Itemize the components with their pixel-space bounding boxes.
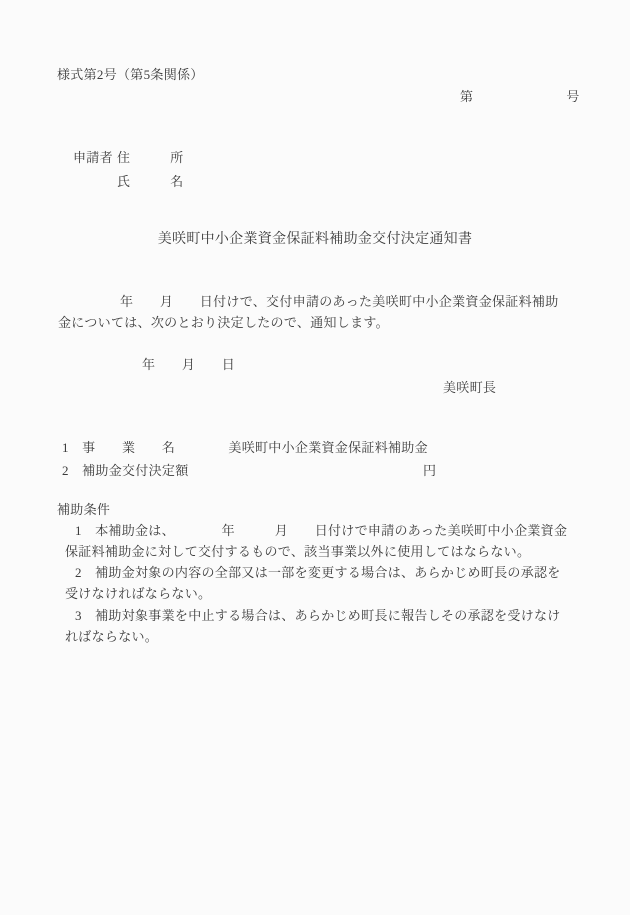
grant-amount-unit-label: 円	[423, 462, 436, 480]
intro-paragraph-line-2: 金については、次のとおり決定したので、通知します。	[58, 314, 389, 332]
item-grant-amount-label: 2 補助金交付決定額	[62, 462, 189, 480]
intro-paragraph-line-1: 年 月 日付けで、交付申請のあった美咲町中小企業資金保証料補助	[120, 293, 559, 311]
condition-2-line-2: 受けなければならない。	[65, 585, 211, 603]
mayor-signature-label: 美咲町長	[443, 379, 496, 397]
condition-3-line-1: 3 補助対象事業を中止する場合は、あらかじめ町長に報告しその承認を受けなけ	[75, 607, 561, 625]
applicant-label: 申請者	[73, 149, 113, 167]
applicant-name-label: 氏 名	[117, 173, 184, 191]
document-page: 様式第2号（第5条関係） 第 号 申請者 住 所 氏 名 美咲町中小企業資金保証…	[0, 0, 630, 915]
condition-3-line-2: ればならない。	[65, 628, 158, 646]
condition-1-line-1: 1 本補助金は、 年 月 日付けで申請のあった美咲町中小企業資金	[75, 522, 567, 540]
form-code-label: 様式第2号（第5条関係）	[57, 66, 204, 84]
document-number-blank: 第 号	[460, 88, 580, 106]
conditions-heading: 補助条件	[57, 501, 110, 519]
condition-2-line-1: 2 補助金対象の内容の全部又は一部を変更する場合は、あらかじめ町長の承認を	[75, 564, 561, 582]
item-business-name-line: 1 事 業 名 美咲町中小企業資金保証料補助金	[62, 439, 428, 457]
issue-date-blank: 年 月 日	[142, 356, 235, 374]
document-title: 美咲町中小企業資金保証料補助金交付決定通知書	[0, 230, 630, 250]
applicant-address-label: 住 所	[117, 149, 184, 167]
condition-1-line-2: 保証料補助金に対して交付するもので、該当事業以外に使用してはならない。	[65, 543, 530, 561]
